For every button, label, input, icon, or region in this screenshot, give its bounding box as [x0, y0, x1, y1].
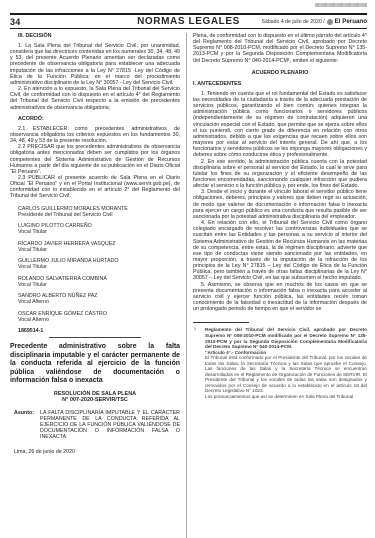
masthead-title: NORMAS LEGALES: [137, 16, 240, 27]
asunto-block: Asunto: LA FALTA DISCIPLINARIA IMPUTABLE…: [14, 410, 180, 441]
signatory-role: Vocal Titular: [18, 229, 180, 235]
paragraph: 2.1 ESTABLECER como precedentes administ…: [10, 126, 180, 144]
gazette-page: 34 NORMAS LEGALES Sábado 4 de julio de 2…: [0, 0, 375, 538]
header-date-text: Sábado 4 de julio de 2020 /: [262, 19, 325, 25]
record-id: 1869514-1: [18, 328, 180, 334]
paragraph: 2. En ese sentido, la administración púb…: [193, 159, 367, 190]
paragraph: 2.2 PRECISAR que los precedentes adminis…: [10, 144, 180, 175]
paragraph: 2. En atención a lo expuesto, la Sala Pl…: [10, 86, 180, 111]
paragraph: 2.3 PUBLICAR el presente acuerdo de Sala…: [10, 175, 180, 200]
signatory: ROLANDO SALVATIERRA COMBINA Vocal Titula…: [18, 276, 180, 288]
signatory-role: Vocal Alterno: [18, 299, 180, 305]
paragraph: Plena, de conformidad con lo dispuesto e…: [193, 33, 367, 64]
section-heading-decision: III. DECISIÓN: [18, 33, 180, 39]
header-dateline: Sábado 4 de julio de 2020 / El Peruano: [262, 18, 368, 25]
signatory: RICARDO JAVIER HERRERA VASQUEZ Vocal Tit…: [18, 241, 180, 253]
signatory-role: Presidente del Tribunal del Servicio Civ…: [18, 212, 180, 218]
footnote-last-line: Los pronunciamientos que así se determin…: [205, 394, 367, 400]
asunto-label: Asunto:: [14, 410, 40, 441]
paragraph: 4. En relación con ello, el Tribunal del…: [193, 220, 367, 282]
article-title: Precedente administrativo sobre la falta…: [10, 343, 180, 386]
footnote-content: Reglamento del Tribunal del Servicio Civ…: [205, 327, 367, 399]
el-peruano-logo-icon: [327, 19, 333, 25]
asunto-text: LA FALTA DISCIPLINARIA IMPUTABLE Y EL CA…: [40, 410, 180, 441]
signatory: SANDRO ALBERTO NÚÑEZ PAZ Vocal Alterno: [18, 293, 180, 305]
resolution-title-line1: RESOLUCIÓN DE SALA PLENA: [10, 391, 180, 398]
footnote: 1 Reglamento del Tribunal del Servicio C…: [193, 327, 367, 399]
acordo-heading: ACORDÓ:: [18, 116, 180, 122]
footnote-separator-rule: [193, 322, 249, 323]
acuerdo-plenario-heading: ACUERDO PLENARIO: [193, 70, 367, 76]
left-column: III. DECISIÓN 1. La Sala Plena del Tribu…: [10, 33, 186, 538]
signatory: CARLOS GUILLERMO MORALES MORANTE Preside…: [18, 206, 180, 218]
page-header: 34 NORMAS LEGALES Sábado 4 de julio de 2…: [10, 13, 367, 29]
resolution-title-line2: N° 007-2020-SERVIR/TSC: [10, 397, 180, 404]
content-columns: III. DECISIÓN 1. La Sala Plena del Tribu…: [10, 33, 367, 538]
signatory: OSCAR ENRIQUE GÓMEZ CASTRO Vocal Alterno: [18, 311, 180, 323]
signatory: LUIGINO PILOTTO CARREÑO Vocal Titular: [18, 223, 180, 235]
place-date: Lima, 26 de junio de 2020: [14, 449, 180, 455]
signatory-role: Vocal Alterno: [18, 317, 180, 323]
paragraph: 3. Desde el inicio y durante el vínculo …: [193, 189, 367, 220]
resolution-title: RESOLUCIÓN DE SALA PLENA N° 007-2020-SER…: [10, 391, 180, 404]
paragraph: 1. Teniendo en cuenta que el rol fundame…: [193, 91, 367, 159]
footnote-body: El Tribunal está conformado por el Presi…: [205, 355, 367, 394]
digital-signature-watermark: [315, 3, 367, 7]
paragraph: 1. La Sala Plena del Tribunal del Servic…: [10, 43, 180, 86]
brand-name: El Peruano: [335, 18, 367, 25]
footnote-marker: 1: [193, 327, 205, 399]
signatory-role: Vocal Titular: [18, 247, 180, 253]
antecedentes-heading: I. ANTECEDENTES: [193, 81, 367, 87]
item-separator-rule: [49, 337, 141, 338]
paragraph: 5. Asimismo, se observa que en muchos de…: [193, 282, 367, 313]
right-column: Plena, de conformidad con lo dispuesto e…: [186, 33, 367, 538]
page-number: 34: [10, 17, 20, 27]
signatory-role: Vocal Titular: [18, 264, 180, 270]
signatory: GUILLERMO JULIO MIRANDA HURTADO Vocal Ti…: [18, 258, 180, 270]
footnote-bold-intro: Reglamento del Tribunal del Servicio Civ…: [205, 327, 367, 349]
signatory-role: Vocal Titular: [18, 282, 180, 288]
